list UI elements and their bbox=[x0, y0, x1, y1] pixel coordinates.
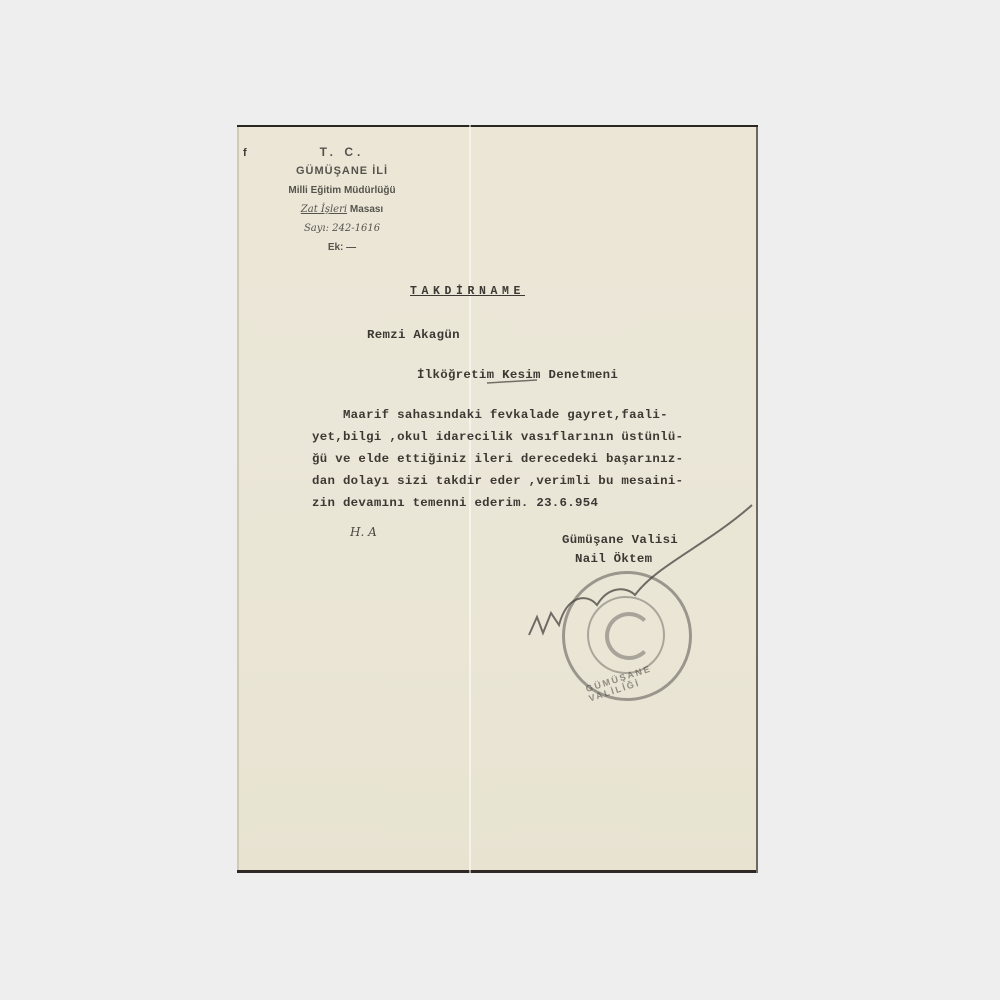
handwritten-signature bbox=[237, 125, 758, 873]
document-page: f T. C. GÜMÜŞANE İLİ Milli Eğitim Müdürl… bbox=[237, 125, 758, 873]
